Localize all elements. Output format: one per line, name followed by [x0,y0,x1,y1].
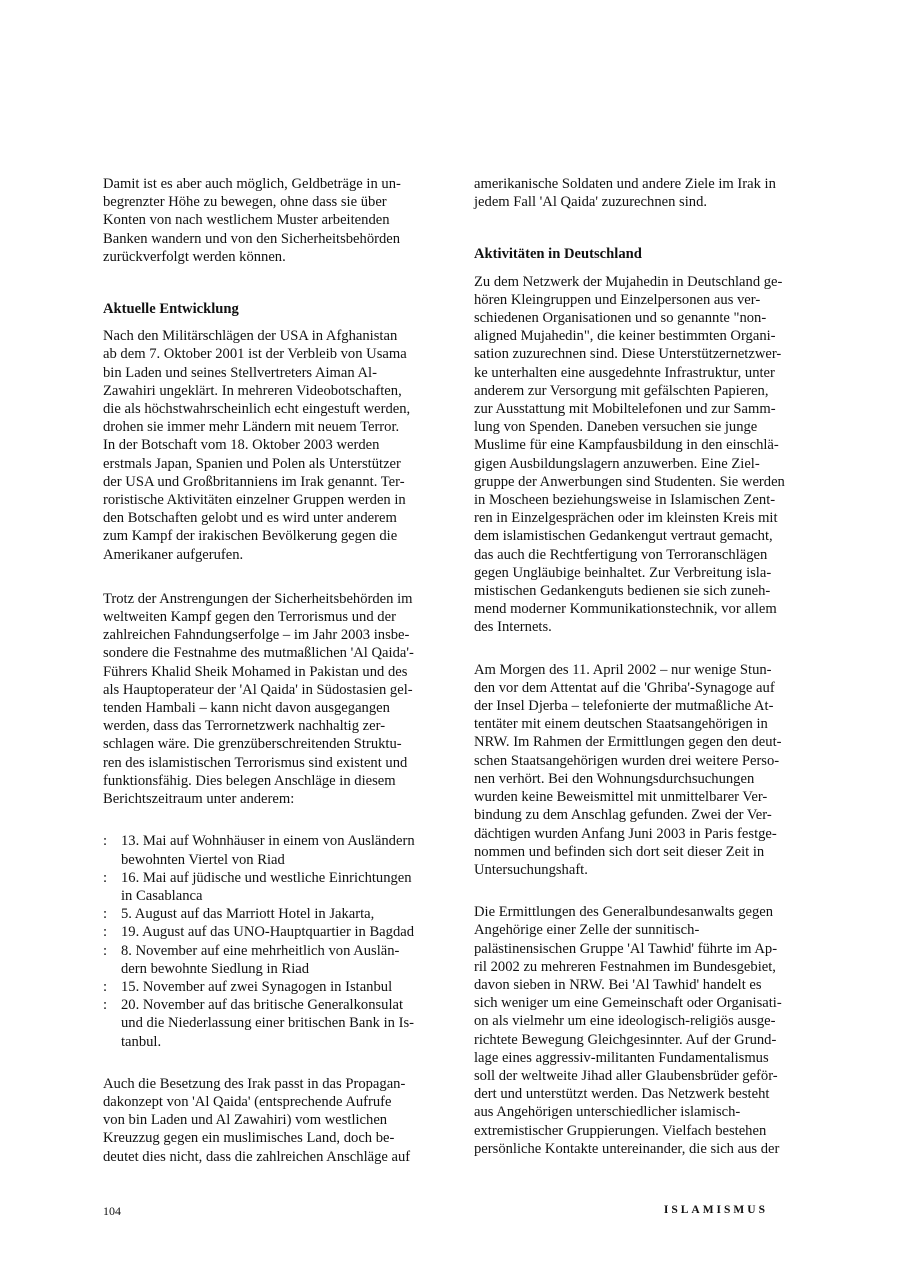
text-line: ril 2002 zu mehreren Festnahmen im Bunde… [474,958,804,976]
text-line: begrenzter Höhe zu bewegen, ohne dass si… [103,193,433,211]
text-line: tentäter mit einem deutschen Staatsangeh… [474,715,804,733]
text-line: dem islamistischen Gedankengut vertraut … [474,527,804,545]
text-line: schen Staatsangehörigen wurden drei weit… [474,752,804,770]
spacer [103,808,433,832]
text-line: anderem zur Versorgung mit gefälschten P… [474,382,804,400]
text-line: Damit ist es aber auch möglich, Geldbetr… [103,175,433,193]
document-page: Damit ist es aber auch möglich, Geldbetr… [0,0,900,1273]
text-line: lage eines aggressiv-militanten Fundamen… [474,1049,804,1067]
text-line: schlagen wäre. Die grenzüberschreitenden… [103,735,433,753]
text-line: bindung zu dem Anschlag gefunden. Zwei d… [474,806,804,824]
list-item: : 8. November auf eine mehrheitlich von … [103,942,433,978]
left-column: Damit ist es aber auch möglich, Geldbetr… [103,175,433,1166]
text-line: davon sieben in NRW. Bei 'Al Tawhid' han… [474,976,804,994]
text-line: tenden Hambali – kann nicht davon ausgeg… [103,699,433,717]
text-line: drohen sie immer mehr Ländern mit neuem … [103,418,433,436]
spacer [103,564,433,590]
section-heading-aktuelle-entwicklung: Aktuelle Entwicklung [103,300,433,318]
text-line: wurden keine Beweismittel mit unmittelba… [474,788,804,806]
text-line: der USA und Großbritanniens im Irak gena… [103,473,433,491]
list-item: : 15. November auf zwei Synagogen in Ist… [103,978,433,996]
text-line: den Botschaften gelobt und es wird unter… [103,509,433,527]
list-item: : 19. August auf das UNO-Hauptquartier i… [103,923,433,941]
colon-bullet-icon: : [103,923,107,941]
text-line: Nach den Militärschlägen der USA in Afgh… [103,327,433,345]
colon-bullet-icon: : [103,942,107,960]
text-line: roristische Aktivitäten einzelner Gruppe… [103,491,433,509]
list-item: : 16. Mai auf jüdische und westliche Ein… [103,869,433,905]
text-line: dert und unterstützt werden. Das Netzwer… [474,1085,804,1103]
text-line: dächtigen wurden Anfang Juni 2003 in Par… [474,825,804,843]
text-line: sation zuzurechnen sind. Diese Unterstüt… [474,345,804,363]
text-line: gigen Ausbildungslagern anzuwerben. Eine… [474,455,804,473]
text-line: soll der weltweite Jihad aller Glaubensb… [474,1067,804,1085]
text-line: Untersuchungshaft. [474,861,804,879]
text-line: Zu dem Netzwerk der Mujahedin in Deutsch… [474,273,804,291]
text-line: Berichtszeitraum unter anderem: [103,790,433,808]
colon-bullet-icon: : [103,832,107,850]
right-paragraph-3: Am Morgen des 11. April 2002 – nur wenig… [474,661,804,879]
text-line: das auch die Rechtfertigung von Terroran… [474,546,804,564]
text-line: amerikanische Soldaten und andere Ziele … [474,175,804,193]
list-item: : 20. November auf das britische General… [103,996,433,1051]
text-line: Zawahiri ungeklärt. In mehreren Videobot… [103,382,433,400]
text-line: funktionsfähig. Dies belegen Anschläge i… [103,772,433,790]
text-line: zahlreichen Fahndungserfolge – im Jahr 2… [103,626,433,644]
text-line: die als höchstwahrscheinlich echt einges… [103,400,433,418]
text-line: Amerikaner aufgerufen. [103,546,433,564]
text-line: Am Morgen des 11. April 2002 – nur wenig… [474,661,804,679]
text-line: nommen und befinden sich dort seit diese… [474,843,804,861]
text-line: schiedenen Organisationen und so genannt… [474,309,804,327]
text-line: bewohnten Viertel von Riad [121,851,433,869]
text-line: In der Botschaft vom 18. Oktober 2003 we… [103,436,433,454]
spacer [474,637,804,661]
section-heading-aktivitaeten-in-deutschland: Aktivitäten in Deutschland [474,245,804,263]
left-paragraph-4: Auch die Besetzung des Irak passt in das… [103,1075,433,1166]
text-line: persönliche Kontakte untereinander, die … [474,1140,804,1158]
text-line: den vor dem Attentat auf die 'Ghriba'-Sy… [474,679,804,697]
text-line: Die Ermittlungen des Generalbundesanwalt… [474,903,804,921]
attacks-list: : 13. Mai auf Wohnhäuser in einem von Au… [103,832,433,1050]
text-line: lung von Spenden. Daneben versuchen sie … [474,418,804,436]
text-line: hören Kleingruppen und Einzelpersonen au… [474,291,804,309]
list-item: : 5. August auf das Marriott Hotel in Ja… [103,905,433,923]
text-line: NRW. Im Rahmen der Ermittlungen gegen de… [474,733,804,751]
left-paragraph-2: Nach den Militärschlägen der USA in Afgh… [103,327,433,564]
list-item: : 13. Mai auf Wohnhäuser in einem von Au… [103,832,433,868]
text-line: bin Laden und seines Stellvertreters Aim… [103,364,433,382]
text-line: 13. Mai auf Wohnhäuser in einem von Ausl… [121,832,433,850]
right-paragraph-1: amerikanische Soldaten und andere Ziele … [474,175,804,211]
text-line: erstmals Japan, Spanien und Polen als Un… [103,455,433,473]
spacer [474,211,804,245]
text-line: on als vielmehr um eine ideologisch-reli… [474,1012,804,1030]
colon-bullet-icon: : [103,905,107,923]
text-line: sondere die Festnahme des mutmaßlichen '… [103,644,433,662]
spacer [474,879,804,903]
text-line: zum Kampf der irakischen Bevölkerung geg… [103,527,433,545]
text-line: palästinensischen Gruppe 'Al Tawhid' füh… [474,940,804,958]
text-line: mistischen Gedankenguts bedienen sie sic… [474,582,804,600]
text-line: zurückverfolgt werden können. [103,248,433,266]
text-line: Muslime für eine Kampfausbildung in den … [474,436,804,454]
text-line: deutet dies nicht, dass die zahlreichen … [103,1148,433,1166]
text-line: zur Ausstattung mit Mobiltelefonen und z… [474,400,804,418]
text-line: 5. August auf das Marriott Hotel in Jaka… [121,905,433,923]
text-line: Trotz der Anstrengungen der Sicherheitsb… [103,590,433,608]
text-line: aligned Mujahedin", die keiner bestimmte… [474,327,804,345]
text-line: 15. November auf zwei Synagogen in Istan… [121,978,433,996]
text-line: in Moscheen beziehungsweise in Islamisch… [474,491,804,509]
right-column: amerikanische Soldaten und andere Ziele … [474,175,804,1158]
text-line: 20. November auf das britische Generalko… [121,996,433,1014]
text-line: Kreuzzug gegen ein muslimisches Land, do… [103,1129,433,1147]
text-line: gruppe der Anwerbungen sind Studenten. S… [474,473,804,491]
text-line: tanbul. [121,1033,433,1051]
text-line: werden, dass das Terrornetzwerk nachhalt… [103,717,433,735]
text-line: extremistischer Gruppierungen. Vielfach … [474,1122,804,1140]
colon-bullet-icon: : [103,978,107,996]
text-line: mend moderner Kommunikationstechnik, vor… [474,600,804,618]
text-line: der Insel Djerba – telefonierte der mutm… [474,697,804,715]
text-line: ke unterhalten eine ausgedehnte Infrastr… [474,364,804,382]
text-line: dern bewohnte Siedlung in Riad [121,960,433,978]
left-paragraph-3: Trotz der Anstrengungen der Sicherheitsb… [103,590,433,808]
spacer [103,1051,433,1075]
text-line: dakonzept von 'Al Qaida' (entsprechende … [103,1093,433,1111]
left-paragraph-1: Damit ist es aber auch möglich, Geldbetr… [103,175,433,266]
page-number: 104 [103,1204,121,1219]
text-line: und die Niederlassung einer britischen B… [121,1014,433,1032]
text-line: von bin Laden und Al Zawahiri) vom westl… [103,1111,433,1129]
text-line: als Hauptoperateur der 'Al Qaida' in Süd… [103,681,433,699]
text-line: 19. August auf das UNO-Hauptquartier in … [121,923,433,941]
text-line: in Casablanca [121,887,433,905]
text-line: sich weniger um eine Gemeinschaft oder O… [474,994,804,1012]
text-line: Auch die Besetzung des Irak passt in das… [103,1075,433,1093]
text-line: aus Angehörigen unterschiedlicher islami… [474,1103,804,1121]
text-line: ab dem 7. Oktober 2001 ist der Verbleib … [103,345,433,363]
text-line: des Internets. [474,618,804,636]
text-line: gegen Ungläubige beinhaltet. Zur Verbrei… [474,564,804,582]
text-line: nen verhört. Bei den Wohnungsdurchsuchun… [474,770,804,788]
text-line: richtete Bewegung Gleichgesinnter. Auf d… [474,1031,804,1049]
text-line: Konten von nach westlichem Muster arbeit… [103,211,433,229]
text-line: 8. November auf eine mehrheitlich von Au… [121,942,433,960]
right-paragraph-4: Die Ermittlungen des Generalbundesanwalt… [474,903,804,1158]
spacer [103,266,433,300]
text-line: jedem Fall 'Al Qaida' zuzurechnen sind. [474,193,804,211]
text-line: Banken wandern und von den Sicherheitsbe… [103,230,433,248]
colon-bullet-icon: : [103,996,107,1014]
text-line: weltweiten Kampf gegen den Terrorismus u… [103,608,433,626]
text-line: 16. Mai auf jüdische und westliche Einri… [121,869,433,887]
running-title: ISLAMISMUS [664,1204,768,1216]
text-line: ren in Einzelgesprächen oder im kleinste… [474,509,804,527]
right-paragraph-2: Zu dem Netzwerk der Mujahedin in Deutsch… [474,273,804,637]
text-line: ren des islamistischen Terrorismus sind … [103,754,433,772]
colon-bullet-icon: : [103,869,107,887]
text-line: Angehörige einer Zelle der sunnitisch- [474,921,804,939]
text-line: Führers Khalid Sheik Mohamed in Pakistan… [103,663,433,681]
